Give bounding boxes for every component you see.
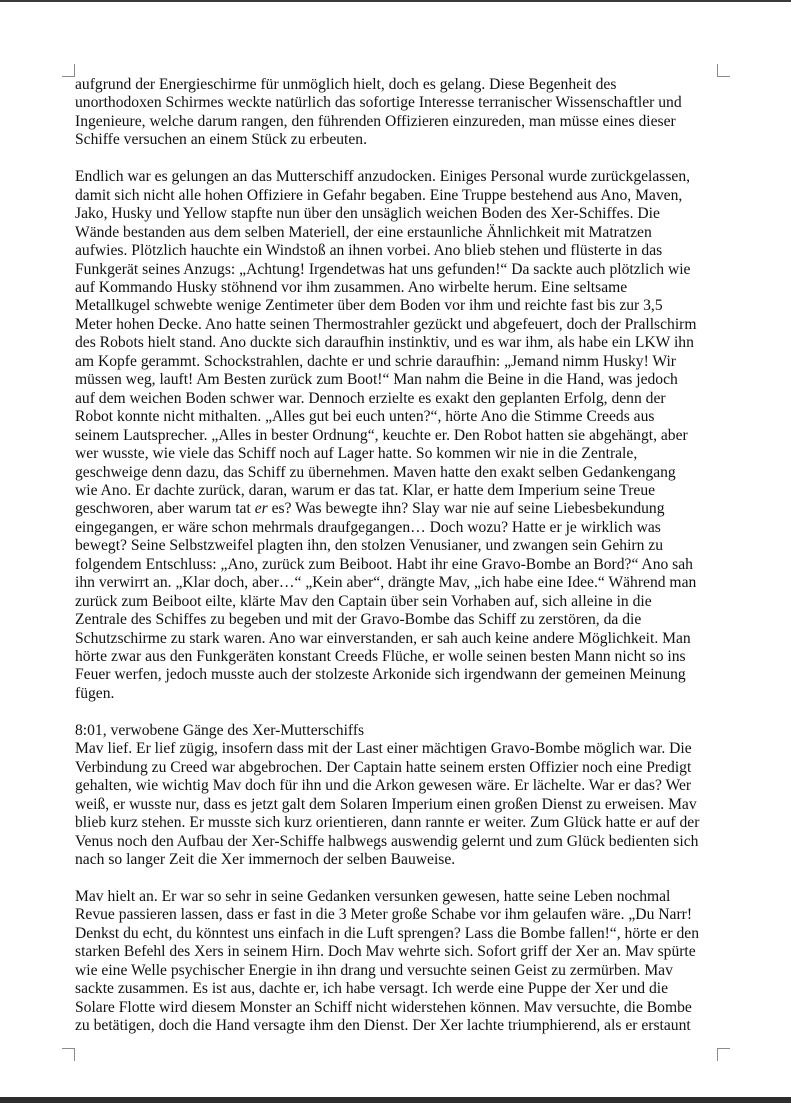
paragraph-spacer <box>75 869 720 887</box>
crop-mark-bottom-right <box>717 1048 730 1061</box>
italic-emphasis: er <box>255 500 268 517</box>
section-heading: 8:01, verwobene Gänge des Xer-Mutterschi… <box>75 722 720 740</box>
window-bottom-bar <box>0 1097 791 1103</box>
document-page-body[interactable]: aufgrund der Energieschirme für unmöglic… <box>75 76 720 1036</box>
paragraph: Mav lief. Er lief zügig, insofern dass m… <box>75 740 720 869</box>
paragraph-spacer <box>75 703 720 721</box>
window-top-border <box>0 0 791 2</box>
crop-mark-bottom-left <box>62 1048 75 1061</box>
paragraph: Endlich war es gelungen an das Muttersch… <box>75 168 720 703</box>
crop-mark-top-left <box>62 64 75 77</box>
paragraph: Mav hielt an. Er war so sehr in seine Ge… <box>75 888 720 1036</box>
paragraph-text: Endlich war es gelungen an das Muttersch… <box>75 168 697 517</box>
paragraph-spacer <box>75 150 720 168</box>
paragraph: aufgrund der Energieschirme für unmöglic… <box>75 76 720 150</box>
paragraph-text: es? Was bewegte ihn? Slay war nie auf se… <box>75 500 696 702</box>
